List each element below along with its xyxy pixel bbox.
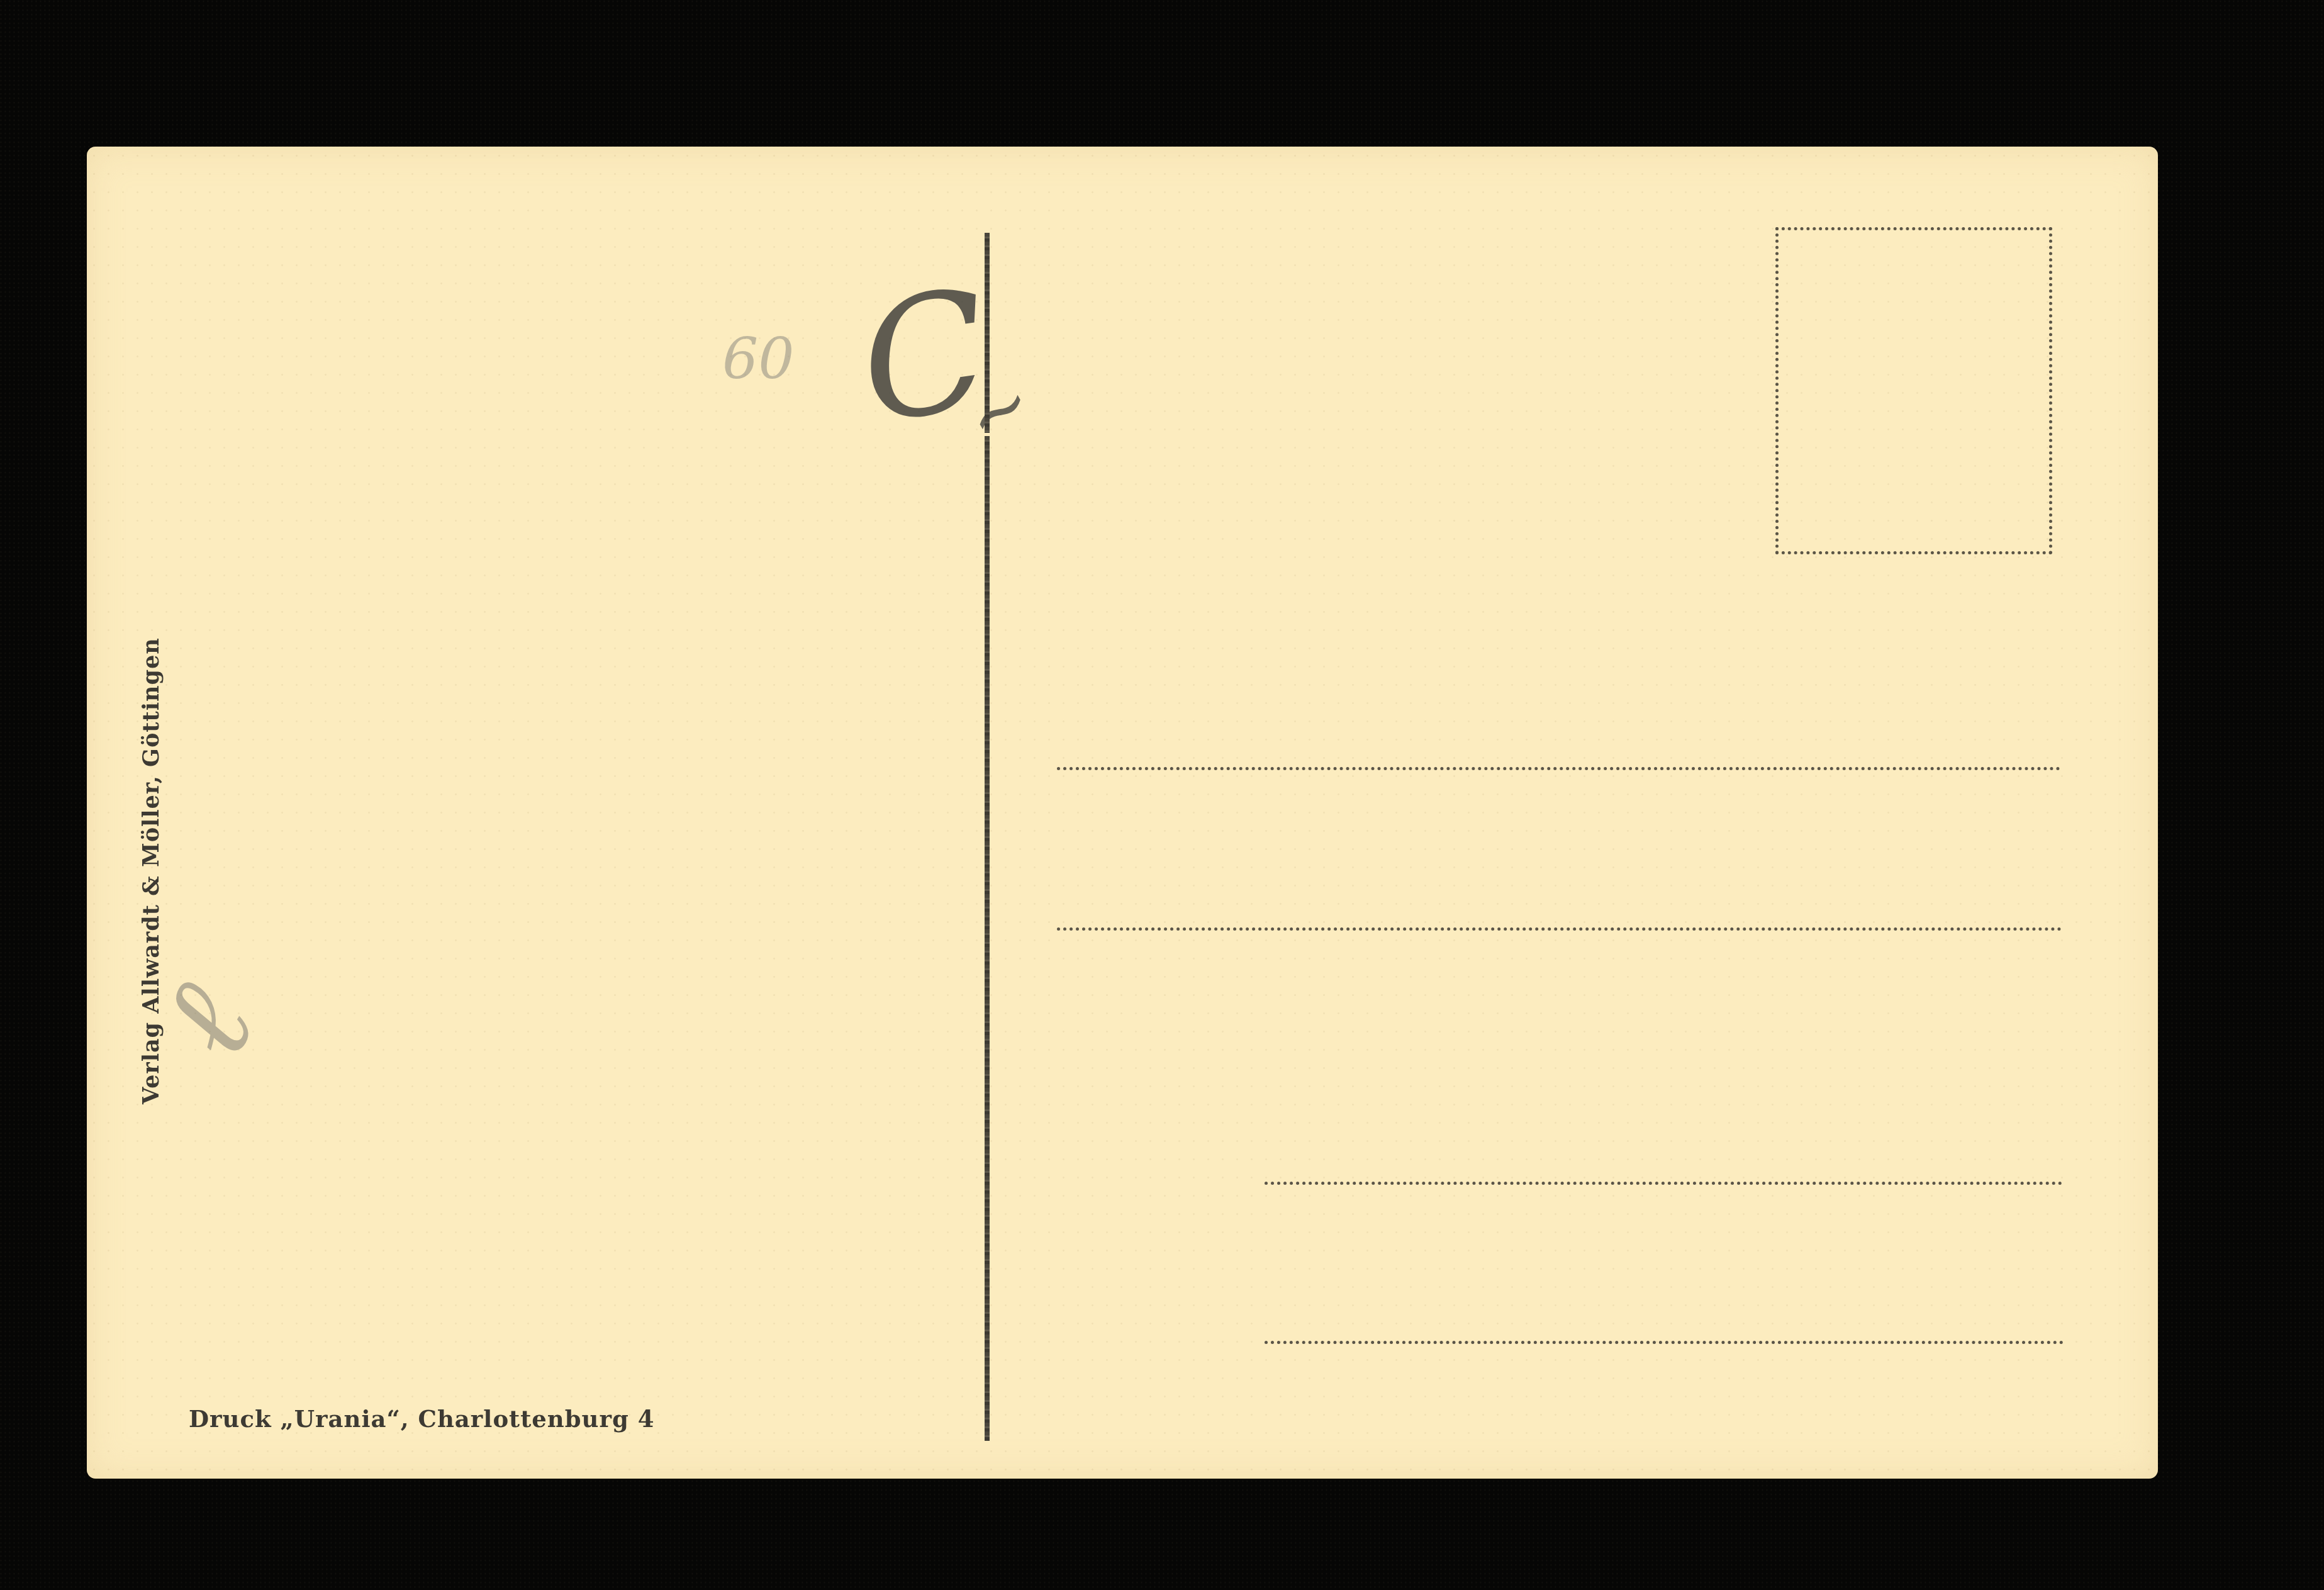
address-line-4 bbox=[1265, 1341, 2064, 1344]
printer-imprint: Druck „Urania“, Charlottenburg 4 bbox=[189, 1405, 654, 1433]
address-line-3 bbox=[1265, 1182, 2062, 1185]
pencil-number-mark: 60 bbox=[722, 326, 795, 392]
center-divider-top bbox=[985, 233, 990, 433]
postcard: Verlag Allwardt & Möller, Göttingen 60 C… bbox=[87, 147, 2158, 1479]
pencil-tail-mark: ~ bbox=[950, 357, 1049, 464]
center-divider-bottom bbox=[985, 436, 990, 1441]
address-line-2 bbox=[1057, 927, 2062, 931]
publisher-imprint: Verlag Allwardt & Möller, Göttingen bbox=[138, 637, 164, 1104]
stamp-placement-box bbox=[1775, 227, 2052, 554]
address-line-1 bbox=[1057, 767, 2060, 770]
pencil-letter-mark: C bbox=[851, 267, 998, 447]
